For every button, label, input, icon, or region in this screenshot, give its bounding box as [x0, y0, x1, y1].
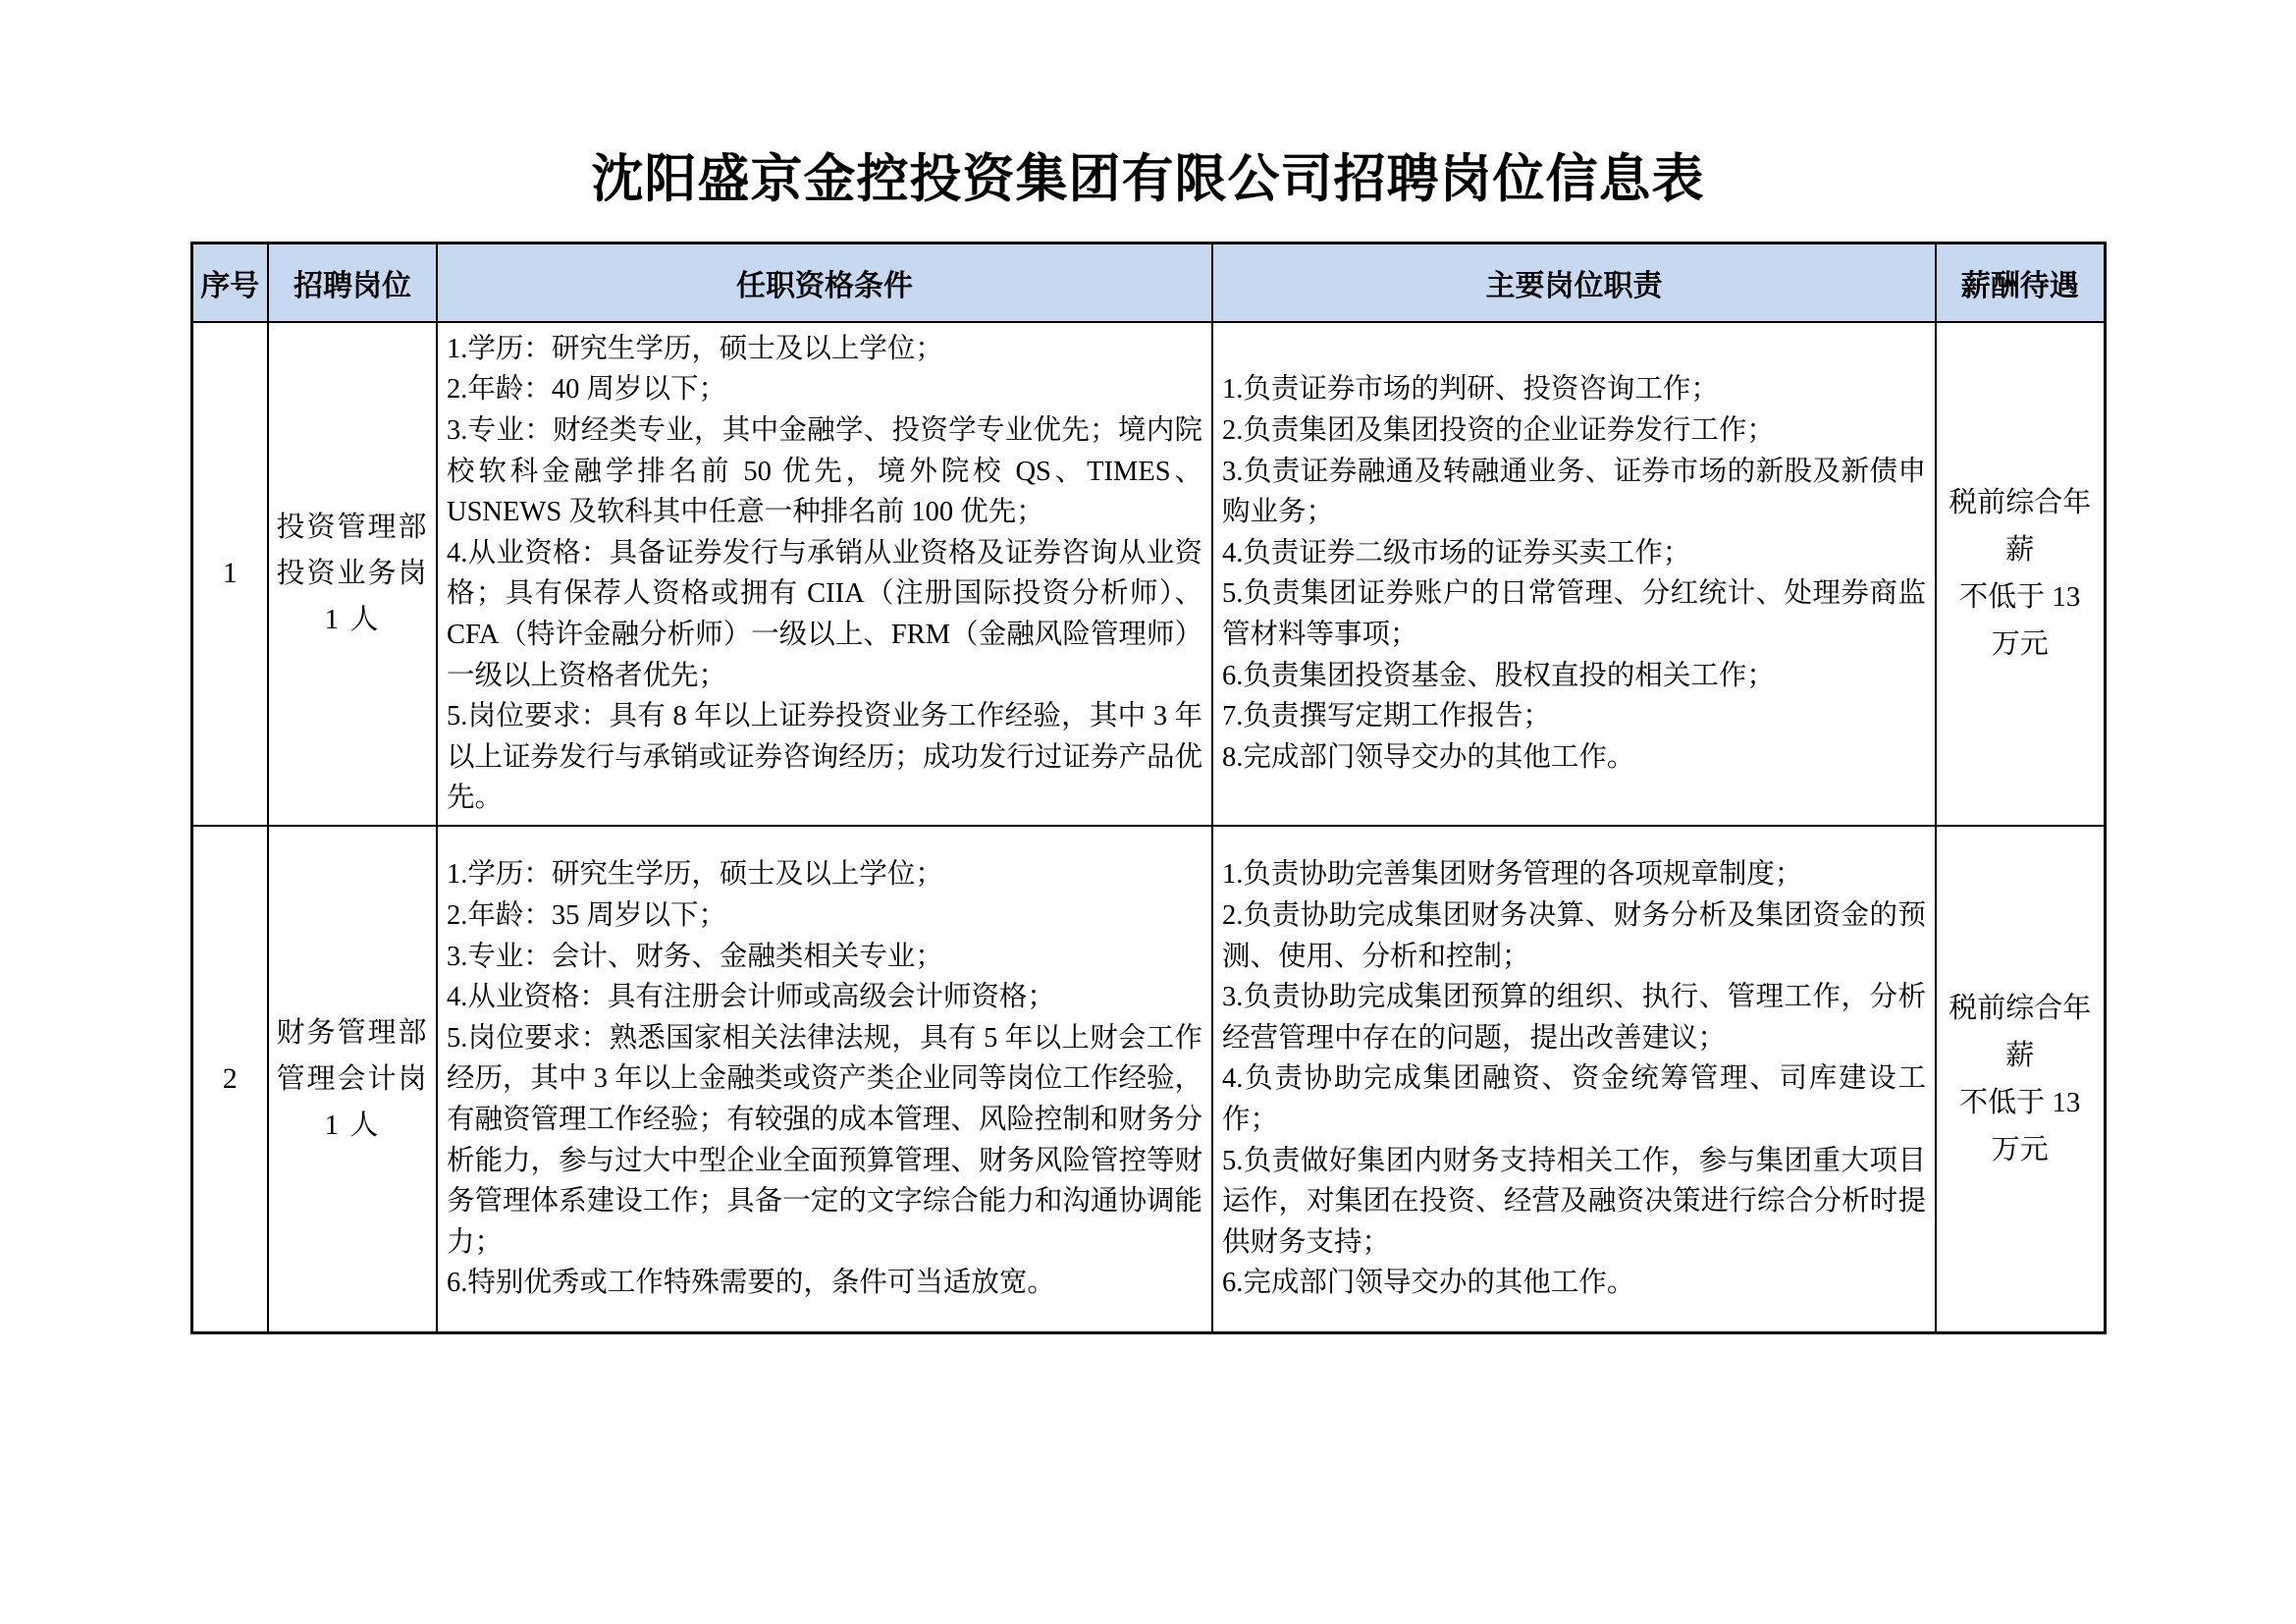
responsibility-item: 4.负责协助完成集团融资、资金统筹管理、司库建设工作；: [1222, 1058, 1926, 1140]
responsibility-item: 5.负责做好集团内财务支持相关工作，参与集团重大项目运作，对集团在投资、经营及融…: [1222, 1141, 1926, 1264]
qualification-item: 5.岗位要求：熟悉国家相关法律法规，具有 5 年以上财会工作经历，其中 3 年以…: [447, 1018, 1202, 1264]
salary-cell: 税前综合年薪不低于 13 万元: [1936, 322, 2105, 826]
position-cell: 财务管理部管理会计岗1 人: [268, 826, 437, 1333]
column-header: 序号: [191, 244, 268, 322]
salary-line: 不低于 13 万元: [1943, 1079, 2098, 1173]
page-title: 沈阳盛京金控投资集团有限公司招聘岗位信息表: [0, 147, 2296, 212]
position-line: 1 人: [275, 597, 430, 643]
salary-cell: 税前综合年薪不低于 13 万元: [1936, 826, 2105, 1333]
responsibility-item: 5.负责集团证券账户的日常管理、分红统计、处理券商监管材料等事项；: [1222, 573, 1926, 655]
qualification-item: 2.年龄：35 周岁以下；: [447, 895, 1202, 937]
position-line: 投资业务岗: [275, 551, 430, 597]
position-line: 投资管理部: [275, 505, 430, 551]
responsibility-item: 3.负责协助完成集团预算的组织、执行、管理工作，分析经营管理中存在的问题，提出改…: [1222, 977, 1926, 1058]
responsibility-item: 2.负责集团及集团投资的企业证券发行工作；: [1222, 410, 1926, 452]
position-line: 1 人: [275, 1103, 430, 1149]
qualification-item: 1.学历：研究生学历，硕士及以上学位；: [447, 854, 1202, 895]
table-row: 2 财务管理部管理会计岗1 人 1.学历：研究生学历，硕士及以上学位；2.年龄：…: [191, 826, 2105, 1333]
qualifications-cell: 1.学历：研究生学历，硕士及以上学位；2.年龄：35 周岁以下；3.专业：会计、…: [437, 826, 1212, 1333]
salary-line: 不低于 13 万元: [1943, 573, 2098, 668]
table-body: 1 投资管理部投资业务岗1 人 1.学历：研究生学历，硕士及以上学位；2.年龄：…: [191, 322, 2105, 1333]
column-header: 招聘岗位: [268, 244, 437, 322]
qualification-item: 2.年龄：40 周岁以下；: [447, 369, 1202, 410]
salary-line: 税前综合年薪: [1943, 479, 2098, 573]
responsibility-item: 6.负责集团投资基金、股权直投的相关工作；: [1222, 656, 1926, 697]
salary-line: 税前综合年薪: [1943, 985, 2098, 1079]
position-cell: 投资管理部投资业务岗1 人: [268, 322, 437, 826]
responsibility-item: 4.负责证券二级市场的证券买卖工作；: [1222, 533, 1926, 574]
responsibilities-cell: 1.负责协助完善集团财务管理的各项规章制度；2.负责协助完成集团财务决算、财务分…: [1212, 826, 1936, 1333]
qualification-item: 4.从业资格：具备证券发行与承销从业资格及证券咨询从业资格；具有保荐人资格或拥有…: [447, 533, 1202, 696]
position-line: 财务管理部: [275, 1010, 430, 1056]
responsibility-item: 2.负责协助完成集团财务决算、财务分析及集团资金的预测、使用、分析和控制；: [1222, 895, 1926, 977]
qualification-item: 5.岗位要求：具有 8 年以上证券投资业务工作经验，其中 3 年以上证券发行与承…: [447, 696, 1202, 819]
column-header: 薪酬待遇: [1936, 244, 2105, 322]
row-number-cell: 1: [191, 322, 268, 826]
responsibility-item: 7.负责撰写定期工作报告；: [1222, 696, 1926, 737]
responsibility-item: 6.完成部门领导交办的其他工作。: [1222, 1263, 1926, 1304]
responsibilities-cell: 1.负责证券市场的判研、投资咨询工作；2.负责集团及集团投资的企业证券发行工作；…: [1212, 322, 1936, 826]
responsibility-item: 1.负责证券市场的判研、投资咨询工作；: [1222, 369, 1926, 410]
table-header-row: 序号招聘岗位任职资格条件主要岗位职责薪酬待遇: [191, 244, 2105, 322]
qualification-item: 1.学历：研究生学历，硕士及以上学位；: [447, 329, 1202, 370]
qualification-item: 3.专业：会计、财务、金融类相关专业；: [447, 937, 1202, 978]
responsibility-item: 3.负责证券融通及转融通业务、证券市场的新股及新债申购业务；: [1222, 452, 1926, 533]
responsibility-item: 1.负责协助完善集团财务管理的各项规章制度；: [1222, 854, 1926, 895]
qualification-item: 4.从业资格：具有注册会计师或高级会计师资格；: [447, 977, 1202, 1018]
column-header: 任职资格条件: [437, 244, 1212, 322]
row-number-cell: 2: [191, 826, 268, 1333]
position-line: 管理会计岗: [275, 1056, 430, 1103]
qualification-item: 3.专业：财经类专业，其中金融学、投资学专业优先；境内院校软科金融学排名前 50…: [447, 410, 1202, 533]
table-row: 1 投资管理部投资业务岗1 人 1.学历：研究生学历，硕士及以上学位；2.年龄：…: [191, 322, 2105, 826]
column-header: 主要岗位职责: [1212, 244, 1936, 322]
recruitment-table: 序号招聘岗位任职资格条件主要岗位职责薪酬待遇 1 投资管理部投资业务岗1 人 1…: [190, 242, 2107, 1334]
qualification-item: 6.特别优秀或工作特殊需要的，条件可当适放宽。: [447, 1263, 1202, 1304]
document-page: 沈阳盛京金控投资集团有限公司招聘岗位信息表 序号招聘岗位任职资格条件主要岗位职责…: [0, 0, 2296, 1624]
qualifications-cell: 1.学历：研究生学历，硕士及以上学位；2.年龄：40 周岁以下；3.专业：财经类…: [437, 322, 1212, 826]
responsibility-item: 8.完成部门领导交办的其他工作。: [1222, 737, 1926, 779]
